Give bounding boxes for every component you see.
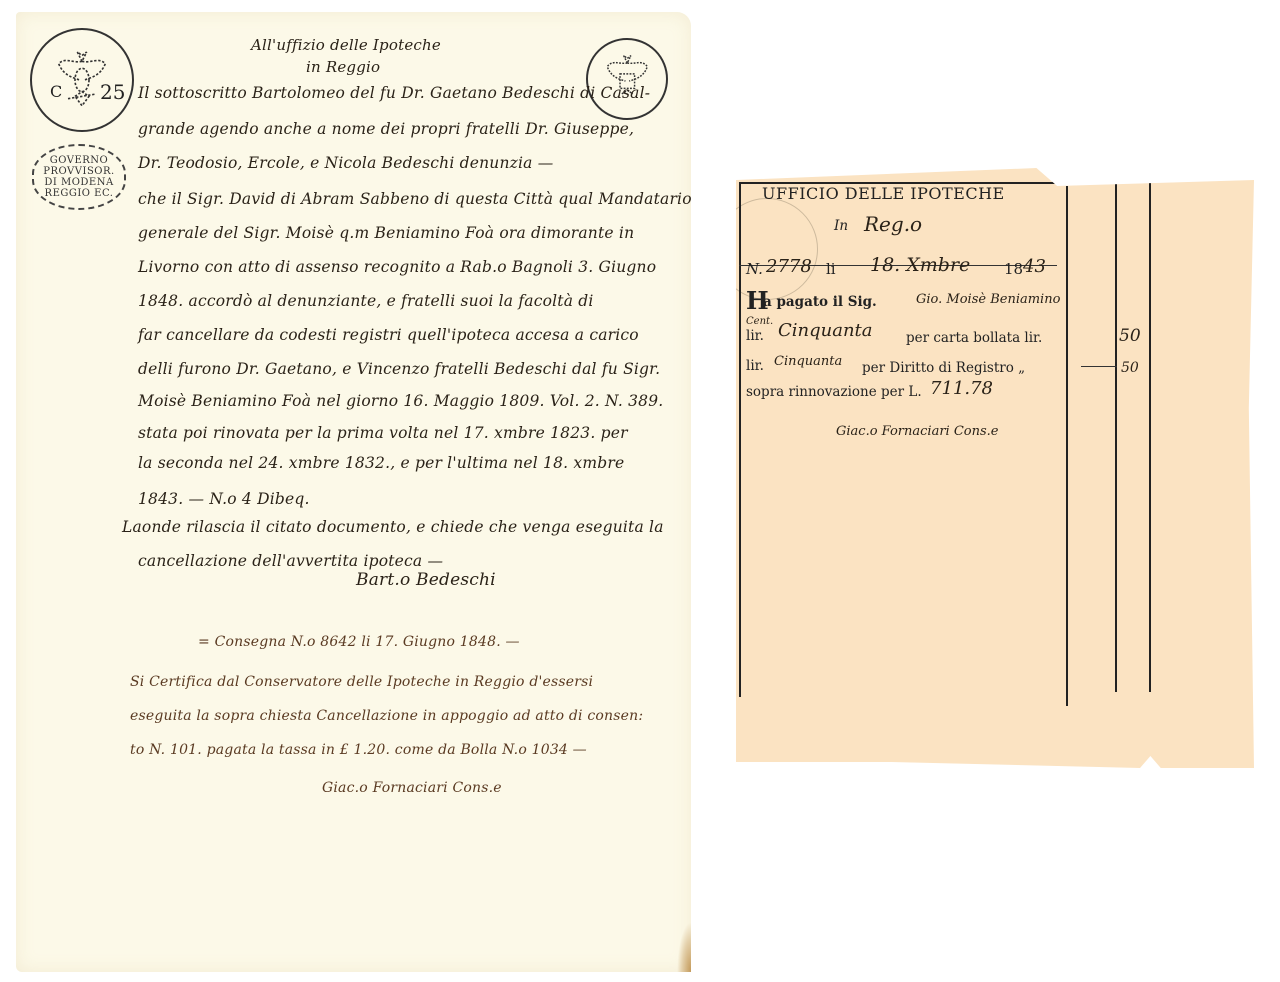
body-line: Livorno con atto di assenso recognito a … — [138, 258, 656, 276]
body-line: generale del Sigr. Moisè q.m Beniamino F… — [138, 224, 634, 242]
certification-line: Si Certifica dal Conservatore delle Ipot… — [130, 674, 593, 690]
body-line: stata poi rinovata per la prima volta ne… — [138, 424, 628, 442]
body-line: Moisè Beniamino Foà nel giorno 16. Maggi… — [138, 392, 663, 410]
date-value: 18. Xmbre — [870, 254, 970, 276]
paper-stain — [677, 922, 691, 972]
oval-stamp-line: REGGIO EC. — [45, 188, 114, 199]
receipt-column-rule — [1115, 172, 1117, 692]
paid-label: a pagato il Sig. — [763, 294, 877, 310]
document-heading-line2: in Reggio — [306, 58, 380, 76]
handwritten-document-sheet: C 25 GOVERNO PROVVISOR. DI MODENA REGGIO… — [16, 12, 691, 972]
body-line: 1843. — N.o 4 Dibeq. — [138, 490, 310, 508]
government-oval-stamp: GOVERNO PROVVISOR. DI MODENA REGGIO EC. — [32, 144, 126, 210]
body-line: delli furono Dr. Gaetano, e Vincenzo fra… — [138, 360, 660, 378]
line2-amount-words: Cinquanta — [774, 354, 842, 369]
in-value: Reg.o — [864, 212, 922, 236]
hypothec-office-receipt: UFFICIO DELLE IPOTECHE In Reg.o N. 2778 … — [736, 168, 1254, 768]
in-label: In — [834, 218, 848, 234]
oval-stamp-line: GOVERNO — [50, 155, 109, 166]
stamp-value: 25 — [100, 80, 125, 104]
payer-name: Gio. Moisè Beniamino — [916, 292, 1060, 307]
line3-value: 711.78 — [930, 378, 993, 399]
line1-hand-sup: Cent. — [746, 316, 773, 327]
body-line: cancellazione dell'avvertita ipoteca — — [138, 552, 443, 570]
receipt-signature: Giac.o Fornaciari Cons.e — [836, 424, 998, 439]
certification-line: = Consegna N.o 8642 li 17. Giugno 1848. … — [198, 634, 520, 650]
line1-label: per carta bollata lir. — [906, 330, 1042, 346]
line2-prefix: lir. — [746, 358, 764, 374]
body-line: Il sottoscritto Bartolomeo del fu Dr. Ga… — [138, 84, 650, 102]
year-handwritten: 43 — [1023, 256, 1046, 277]
body-line: 1848. accordò al denunziante, e fratelli… — [138, 292, 594, 310]
line2-label: per Diritto di Registro „ — [862, 360, 1025, 376]
receipt-column-rule — [1066, 186, 1068, 706]
line2-amount: 50 — [1121, 360, 1139, 376]
receipt-column-rule — [1149, 172, 1151, 692]
body-line: Dr. Teodosio, Ercole, e Nicola Bedeschi … — [138, 154, 553, 172]
oval-stamp-line: PROVVISOR. — [43, 166, 114, 177]
certification-line: eseguita la sopra chiesta Cancellazione … — [130, 708, 643, 724]
line1-amount-words: Cinquanta — [778, 320, 873, 341]
number-label: N. — [746, 260, 763, 278]
faint-seal — [716, 198, 818, 300]
body-line: la seconda nel 24. xmbre 1832., e per l'… — [138, 454, 624, 472]
body-line: far cancellare da codesti registri quell… — [138, 326, 639, 344]
date-label: li — [826, 260, 836, 278]
line1-amount: 50 — [1119, 326, 1141, 346]
year-printed: 18 — [1004, 260, 1023, 278]
signature-bedeschi: Bart.o Bedeschi — [356, 570, 496, 590]
eagle-seal-stamp — [586, 38, 668, 120]
stamp-letter: C — [50, 82, 62, 101]
line2-dash — [1081, 366, 1117, 367]
line3-label: sopra rinnovazione per L. — [746, 384, 922, 400]
certification-line: to N. 101. pagata la tassa in £ 1.20. co… — [130, 742, 587, 758]
receipt-left-rule — [739, 182, 741, 697]
body-line: Laonde rilascia il citato documento, e c… — [122, 518, 664, 536]
receipt-title: UFFICIO DELLE IPOTECHE — [762, 184, 1005, 203]
document-heading-line1: All'uffizio delle Ipoteche — [251, 36, 441, 54]
body-line: grande agendo anche a nome dei propri fr… — [138, 120, 634, 138]
body-line: che il Sigr. David di Abram Sabbeno di q… — [138, 190, 692, 208]
oval-stamp-line: DI MODENA — [44, 177, 113, 188]
line1-prefix: lir. — [746, 328, 764, 344]
certification-signature: Giac.o Fornaciari Cons.e — [322, 780, 502, 796]
number-value: 2778 — [766, 256, 812, 277]
